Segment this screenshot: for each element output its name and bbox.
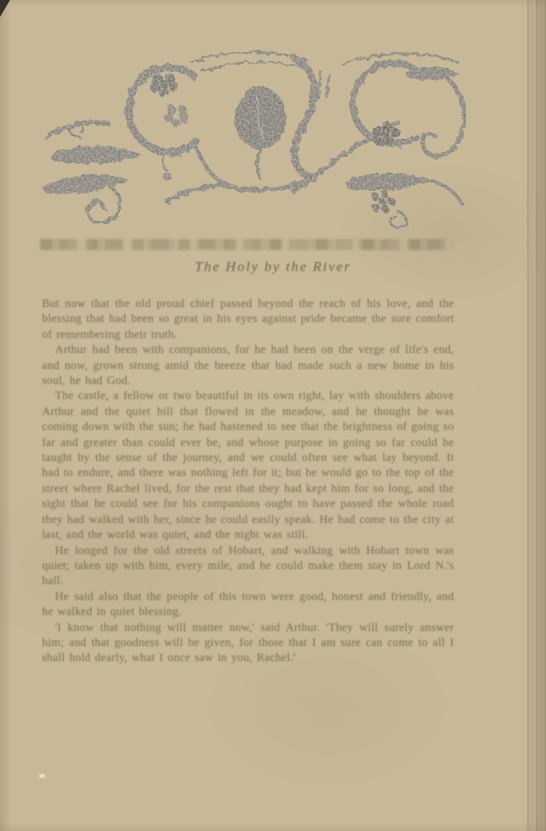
page-corner-shadow: [0, 0, 10, 17]
body-paragraph: 'I know that nothing will matter now,' s…: [42, 620, 454, 666]
floral-scroll-headpiece-icon: [42, 38, 466, 234]
paper-speck: [39, 774, 45, 778]
body-paragraph: Arthur had been with companions, for he …: [42, 342, 454, 388]
body-paragraph: He longed for the old streets of Hobart,…: [42, 543, 454, 589]
chapter-title: The Holy by the River: [0, 260, 546, 276]
faded-text-line: [40, 239, 454, 250]
page-edge-shading: [524, 0, 546, 831]
body-paragraph: He said also that the people of this tow…: [42, 589, 454, 620]
body-paragraph: The castle, a fellow or two beautiful in…: [42, 388, 454, 542]
body-text-block: But now that the old proud chief passed …: [42, 296, 454, 666]
body-paragraph: But now that the old proud chief passed …: [42, 296, 454, 342]
book-page: The Holy by the River But now that the o…: [0, 0, 546, 831]
